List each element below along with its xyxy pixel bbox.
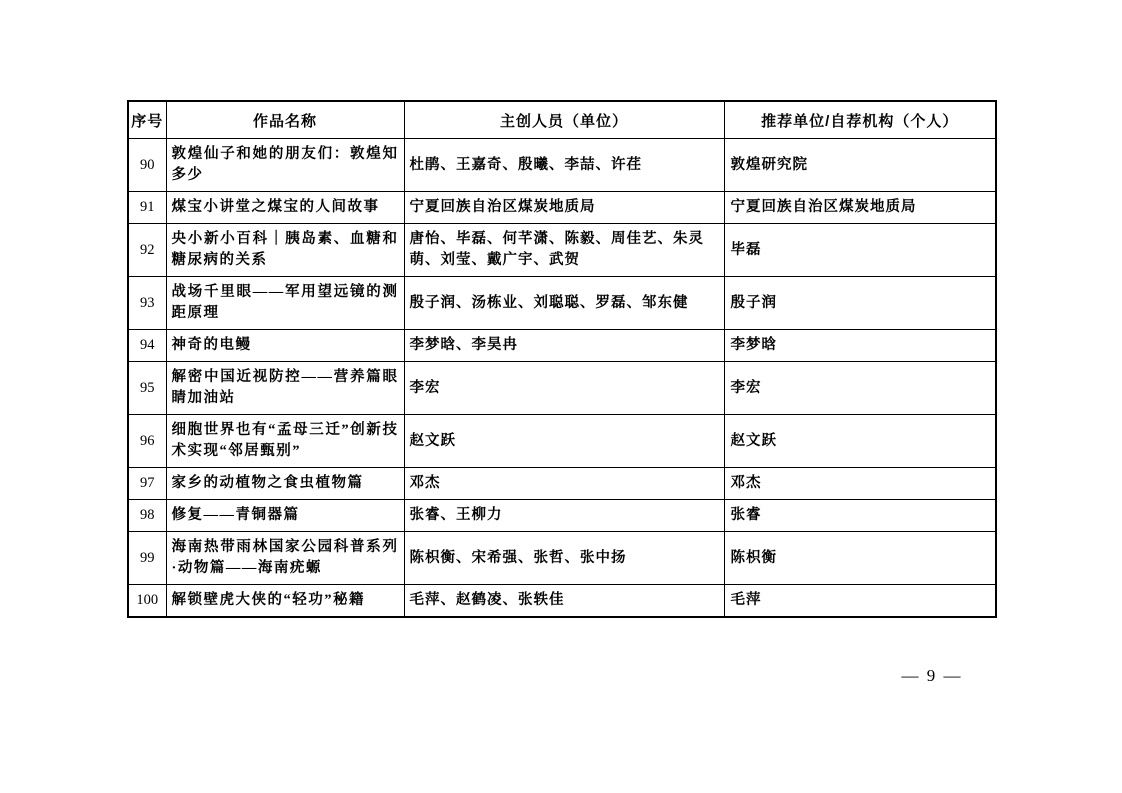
work-title-cell: 海南热带雨林国家公园科普系列·动物篇——海南疣螈 — [166, 532, 404, 585]
table-row: 100 解锁壁虎大侠的“轻功”秘籍 毛萍、赵鹤凌、张轶佳 毛萍 — [128, 585, 996, 618]
table-row: 98 修复——青铜器篇 张睿、王柳力 张睿 — [128, 500, 996, 532]
recommender-cell: 邓杰 — [724, 468, 996, 500]
table-row: 99 海南热带雨林国家公园科普系列·动物篇——海南疣螈 陈枳衡、宋希强、张哲、张… — [128, 532, 996, 585]
recommender-cell: 赵文跃 — [724, 415, 996, 468]
header-recommender: 推荐单位/自荐机构（个人） — [724, 101, 996, 139]
work-title-cell: 解密中国近视防控——营养篇眼睛加油站 — [166, 362, 404, 415]
creators-cell: 邓杰 — [404, 468, 724, 500]
work-title-cell: 细胞世界也有“孟母三迁”创新技术实现“邻居甄别” — [166, 415, 404, 468]
table-row: 91 煤宝小讲堂之煤宝的人间故事 宁夏回族自治区煤炭地质局 宁夏回族自治区煤炭地… — [128, 192, 996, 224]
document-page: 序号 作品名称 主创人员（单位） 推荐单位/自荐机构（个人） 90 敦煌仙子和她… — [0, 0, 1122, 793]
recommender-cell: 张睿 — [724, 500, 996, 532]
work-title-cell: 央小新小百科｜胰岛素、血糖和糖尿病的关系 — [166, 224, 404, 277]
table-row: 97 家乡的动植物之食虫植物篇 邓杰 邓杰 — [128, 468, 996, 500]
row-number-cell: 98 — [128, 500, 166, 532]
work-title-cell: 修复——青铜器篇 — [166, 500, 404, 532]
creators-cell: 毛萍、赵鹤凌、张轶佳 — [404, 585, 724, 618]
table-row: 92 央小新小百科｜胰岛素、血糖和糖尿病的关系 唐怡、毕磊、何芊潇、陈毅、周佳艺… — [128, 224, 996, 277]
header-work-title: 作品名称 — [166, 101, 404, 139]
table-row: 94 神奇的电鳗 李梦晗、李昊冉 李梦晗 — [128, 330, 996, 362]
row-number-cell: 90 — [128, 139, 166, 192]
recommender-cell: 宁夏回族自治区煤炭地质局 — [724, 192, 996, 224]
row-number-cell: 92 — [128, 224, 166, 277]
works-table: 序号 作品名称 主创人员（单位） 推荐单位/自荐机构（个人） 90 敦煌仙子和她… — [127, 100, 997, 618]
recommender-cell: 毛萍 — [724, 585, 996, 618]
work-title-cell: 战场千里眼——军用望远镜的测距原理 — [166, 277, 404, 330]
recommender-cell: 殷子润 — [724, 277, 996, 330]
recommender-cell: 李宏 — [724, 362, 996, 415]
page-number: — 9 — — [872, 666, 992, 686]
work-title-cell: 神奇的电鳗 — [166, 330, 404, 362]
row-number-cell: 97 — [128, 468, 166, 500]
work-title-cell: 解锁壁虎大侠的“轻功”秘籍 — [166, 585, 404, 618]
work-title-cell: 煤宝小讲堂之煤宝的人间故事 — [166, 192, 404, 224]
header-serial-number: 序号 — [128, 101, 166, 139]
work-title-cell: 家乡的动植物之食虫植物篇 — [166, 468, 404, 500]
table-row: 95 解密中国近视防控——营养篇眼睛加油站 李宏 李宏 — [128, 362, 996, 415]
creators-cell: 李梦晗、李昊冉 — [404, 330, 724, 362]
row-number-cell: 100 — [128, 585, 166, 618]
recommender-cell: 李梦晗 — [724, 330, 996, 362]
table-row: 90 敦煌仙子和她的朋友们：敦煌知多少 杜鹃、王嘉奇、殷曦、李喆、许荏 敦煌研究… — [128, 139, 996, 192]
table-body: 90 敦煌仙子和她的朋友们：敦煌知多少 杜鹃、王嘉奇、殷曦、李喆、许荏 敦煌研究… — [128, 139, 996, 618]
work-title-cell: 敦煌仙子和她的朋友们：敦煌知多少 — [166, 139, 404, 192]
recommender-cell: 敦煌研究院 — [724, 139, 996, 192]
table-row: 93 战场千里眼——军用望远镜的测距原理 殷子润、汤栋业、刘聪聪、罗磊、邹东健 … — [128, 277, 996, 330]
header-creators: 主创人员（单位） — [404, 101, 724, 139]
recommender-cell: 毕磊 — [724, 224, 996, 277]
row-number-cell: 93 — [128, 277, 166, 330]
row-number-cell: 94 — [128, 330, 166, 362]
recommender-cell: 陈枳衡 — [724, 532, 996, 585]
creators-cell: 陈枳衡、宋希强、张哲、张中扬 — [404, 532, 724, 585]
row-number-cell: 91 — [128, 192, 166, 224]
creators-cell: 宁夏回族自治区煤炭地质局 — [404, 192, 724, 224]
table-row: 96 细胞世界也有“孟母三迁”创新技术实现“邻居甄别” 赵文跃 赵文跃 — [128, 415, 996, 468]
creators-cell: 杜鹃、王嘉奇、殷曦、李喆、许荏 — [404, 139, 724, 192]
header-row: 序号 作品名称 主创人员（单位） 推荐单位/自荐机构（个人） — [128, 101, 996, 139]
row-number-cell: 99 — [128, 532, 166, 585]
creators-cell: 李宏 — [404, 362, 724, 415]
creators-cell: 赵文跃 — [404, 415, 724, 468]
creators-cell: 殷子润、汤栋业、刘聪聪、罗磊、邹东健 — [404, 277, 724, 330]
creators-cell: 唐怡、毕磊、何芊潇、陈毅、周佳艺、朱灵萌、刘莹、戴广宇、武贺 — [404, 224, 724, 277]
row-number-cell: 96 — [128, 415, 166, 468]
row-number-cell: 95 — [128, 362, 166, 415]
creators-cell: 张睿、王柳力 — [404, 500, 724, 532]
